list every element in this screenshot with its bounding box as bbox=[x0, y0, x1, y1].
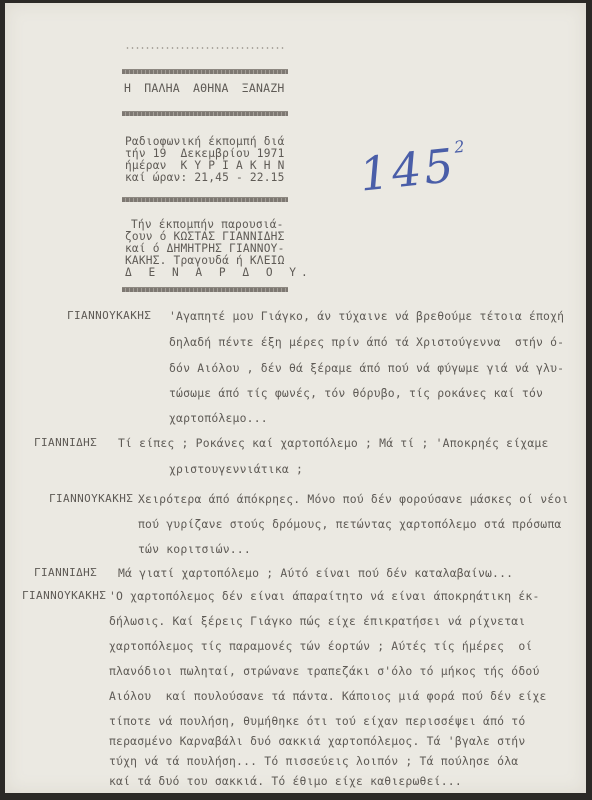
presenters-line: καί ό ΔΗΜΗΤΡΗΣ ΓΙΑΝΝΟΥ- bbox=[125, 243, 285, 255]
dialogue-line: περασμένο Καρναβάλι δυό σακκιά χαρτοπόλε… bbox=[109, 734, 525, 748]
handwritten-page-number: 1452 bbox=[357, 137, 472, 202]
dialogue-line: πού γυρίζανε στούς δρόμους, πετώντας χαρ… bbox=[138, 517, 561, 531]
dialogue-line: Αιόλου καί πουλούσανε τά πάντα. Κάποιος … bbox=[109, 689, 547, 703]
presenters-line: ζουν ό ΚΩΣΤΑΣ ΓΙΑΝΝΙΔΗΣ bbox=[125, 231, 285, 243]
dialogue-line: 'Ο χαρτοπόλεμος δέν είναι άπαραίτητο νά … bbox=[109, 589, 540, 603]
speaker-label: ΓΙΑΝΝΙΔΗΣ bbox=[34, 436, 97, 449]
dialogue-line: χριστουγεννιάτικα ; bbox=[169, 462, 303, 476]
speaker-label: ΓΙΑΝΝΟΥΚΑΚΗΣ bbox=[22, 589, 106, 602]
broadcast-info-line: ήμέραν Κ Υ Ρ Ι Α Κ Η Ν bbox=[125, 160, 285, 172]
presenters-rule bbox=[122, 287, 288, 292]
dialogue-line: τώσωμε άπό τίς φωνές, τόν θόρυβο, τίς ρο… bbox=[169, 386, 543, 400]
presenters-line: ΚΑΚΗΣ. Τραγουδά ή ΚΛΕΙΩ bbox=[125, 255, 285, 267]
dialogue-line: τύχη νά τά πουλήση... Τό πισσεύεις λοιπό… bbox=[109, 754, 518, 768]
dialogue-line: Χειρότερα άπό άπόκρηες. Μόνο πού δέν φορ… bbox=[138, 492, 569, 506]
speaker-label: ΓΙΑΝΝΙΔΗΣ bbox=[34, 566, 97, 579]
dialogue-line: δόν Αιόλου , δέν θά ξέραμε άπό πού νά φύ… bbox=[169, 361, 564, 375]
dialogue-line: 'Αγαπητέ μου Γιάγκο, άν τύχαινε νά βρεθο… bbox=[169, 309, 564, 323]
presenters-line: Δ Ε Ν Α Ρ Δ Ο Υ. bbox=[125, 267, 313, 279]
dialogue-line: πλανόδιοι πωληταί, στρώνανε τραπεζάκι σ'… bbox=[109, 664, 540, 678]
broadcast-info-line: τήν 19 Δεκεμβρίου 1971 bbox=[125, 148, 285, 160]
typewritten-page: Η ΠΑΛΗΑ ΑΘΗΝΑ ΞΑΝΑΖΗ Ραδιοφωνική έκπομπή… bbox=[5, 3, 586, 793]
broadcast-info-line: καί ώραν: 21,45 - 22.15 bbox=[125, 172, 285, 184]
dialogue-line: χαρτοπόλεμο... bbox=[169, 411, 268, 425]
title-rule-top bbox=[122, 69, 288, 74]
dialogue-line: δήλωσις. Καί ξέρεις Γιάγκο πώς είχε έπικ… bbox=[109, 614, 525, 628]
dialogue-line: καί τά δυό του σακκιά. Τό έθιμο είχε καθ… bbox=[109, 774, 462, 788]
title-rule-bottom bbox=[122, 111, 288, 116]
presenters-line: Τήν έκπομπήν παρουσιά- bbox=[131, 219, 284, 231]
info-rule bbox=[122, 197, 288, 202]
speaker-label: ΓΙΑΝΝΟΥΚΑΚΗΣ bbox=[49, 492, 133, 505]
document-title: Η ΠΑΛΗΑ ΑΘΗΝΑ ΞΑΝΑΖΗ bbox=[124, 81, 284, 95]
dialogue-line: χαρτοπόλεμος τίς παραμονές τών έορτών ; … bbox=[109, 639, 532, 653]
dialogue-line: Μά γιατί χαρτοπόλεμο ; Αύτό είναι πού δέ… bbox=[118, 566, 513, 580]
dotted-line bbox=[125, 47, 285, 49]
dialogue-line: Τί είπες ; Ροκάνες καί χαρτοπόλεμο ; Μά … bbox=[118, 436, 549, 450]
dialogue-line: δηλαδή πέντε έξη μέρες πρίν άπό τά Χριστ… bbox=[169, 335, 564, 349]
broadcast-info-line: Ραδιοφωνική έκπομπή διά bbox=[125, 136, 285, 148]
speaker-label: ΓΙΑΝΝΟΥΚΑΚΗΣ bbox=[67, 309, 151, 322]
dialogue-line: τίποτε νά πουλήση, θυμήθηκε ότι τού είχα… bbox=[109, 714, 525, 728]
dialogue-line: τών κοριτσιών... bbox=[138, 542, 251, 556]
